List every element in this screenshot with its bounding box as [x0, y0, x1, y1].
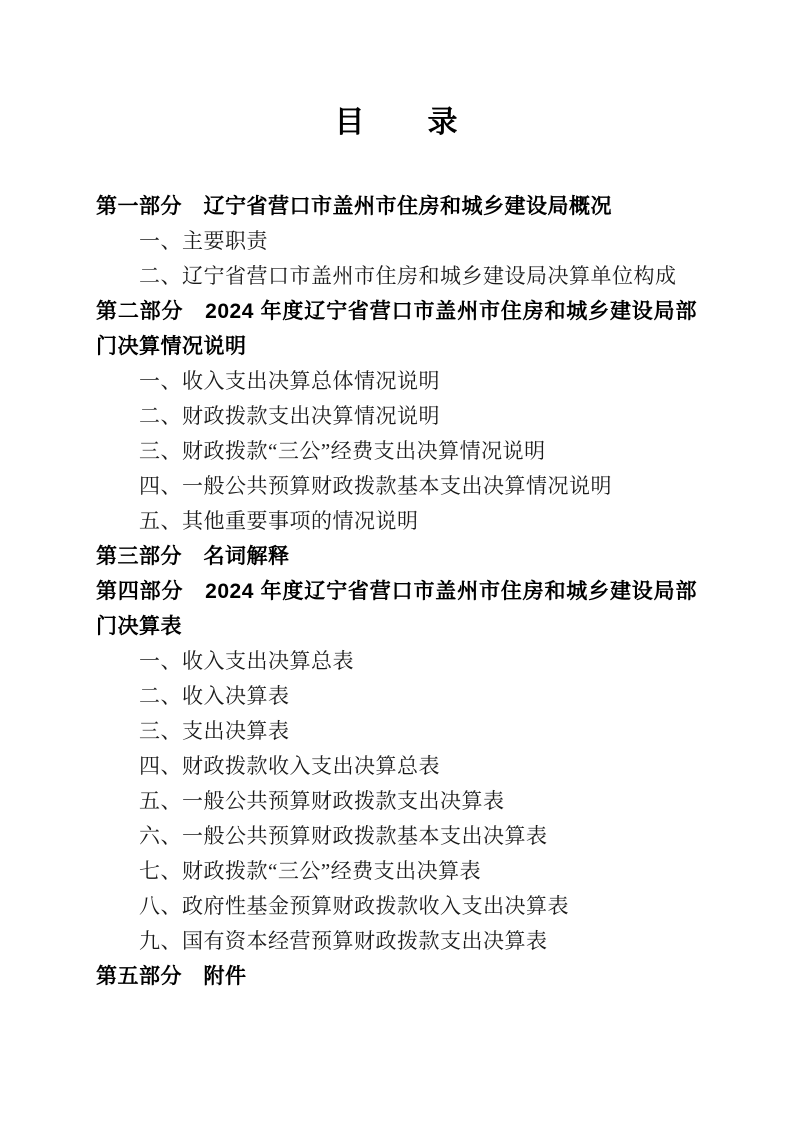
section-heading-part1: 第一部分 辽宁省营口市盖州市住房和城乡建设局概况 — [96, 189, 697, 224]
toc-item: 三、财政拨款“三公”经费支出决算情况说明 — [96, 434, 697, 469]
toc-item: 一、收入支出决算总表 — [96, 644, 697, 679]
page-title: 目 录 — [96, 103, 697, 143]
toc-item: 五、一般公共预算财政拨款支出决算表 — [96, 784, 697, 819]
section-heading-part4: 第四部分 2024 年度辽宁省营口市盖州市住房和城乡建设局部门决算表 — [96, 574, 697, 644]
toc-item: 七、财政拨款“三公”经费支出决算表 — [96, 854, 697, 889]
toc-item: 八、政府性基金预算财政拨款收入支出决算表 — [96, 889, 697, 924]
table-of-contents: 第一部分 辽宁省营口市盖州市住房和城乡建设局概况 一、主要职责 二、辽宁省营口市… — [96, 189, 697, 994]
toc-item: 二、收入决算表 — [96, 679, 697, 714]
toc-item: 三、支出决算表 — [96, 714, 697, 749]
section-heading-part2: 第二部分 2024 年度辽宁省营口市盖州市住房和城乡建设局部门决算情况说明 — [96, 294, 697, 364]
toc-item: 五、其他重要事项的情况说明 — [96, 504, 697, 539]
toc-item: 六、一般公共预算财政拨款基本支出决算表 — [96, 819, 697, 854]
toc-item: 一、收入支出决算总体情况说明 — [96, 364, 697, 399]
toc-item: 四、财政拨款收入支出决算总表 — [96, 749, 697, 784]
toc-item: 二、辽宁省营口市盖州市住房和城乡建设局决算单位构成 — [96, 259, 697, 294]
section-heading-part3: 第三部分 名词解释 — [96, 539, 697, 574]
toc-item: 四、一般公共预算财政拨款基本支出决算情况说明 — [96, 469, 697, 504]
section-heading-part5: 第五部分 附件 — [96, 959, 697, 994]
document-page: 目 录 第一部分 辽宁省营口市盖州市住房和城乡建设局概况 一、主要职责 二、辽宁… — [0, 0, 793, 1122]
toc-item: 一、主要职责 — [96, 224, 697, 259]
toc-item: 二、财政拨款支出决算情况说明 — [96, 399, 697, 434]
toc-item: 九、国有资本经营预算财政拨款支出决算表 — [96, 924, 697, 959]
